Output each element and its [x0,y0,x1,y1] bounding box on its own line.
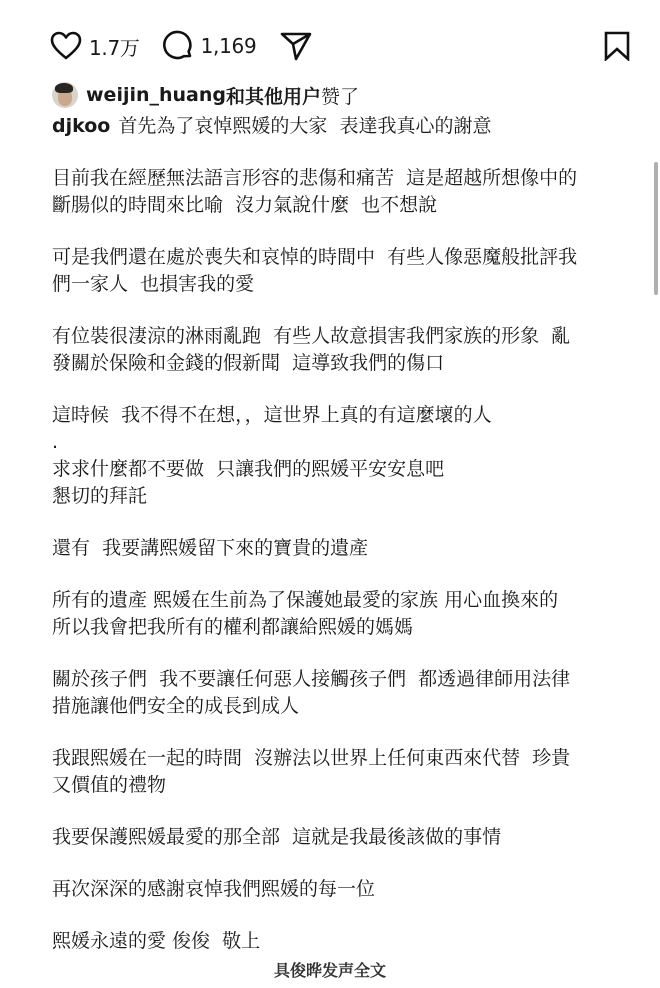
paragraph-gap [52,799,652,824]
paragraph-gap [52,641,652,666]
caption-paragraph: 有位裝很淒涼的淋雨亂跑 有些人故意損害我們家族的形象 亂 發關於保險和金錢的假新… [52,323,652,377]
liked-by-others[interactable]: 和其他用户 [226,82,321,109]
paragraph-gap [52,219,652,244]
caption-first-text: 首先為了哀悼熙媛的大家 表達我真心的謝意 [118,115,491,137]
paragraph-gap [52,140,652,165]
share-icon [280,31,312,61]
comment-icon [162,30,194,62]
heart-icon [50,31,82,61]
caption-paragraph: 熙媛永遠的愛 俊俊 敬上 [52,928,652,955]
paragraph-gap [52,510,652,535]
post-caption: djkoo首先為了哀悼熙媛的大家 表達我真心的謝意 目前我在經歷無法語言形容的悲… [52,113,652,955]
caption-username[interactable]: djkoo [52,115,110,137]
caption-paragraph: 目前我在經歷無法語言形容的悲傷和痛苦 這是超越所想像中的 斷腸似的時間來比喻 沒… [52,165,652,219]
caption-paragraph: 可是我們還在處於喪失和哀悼的時間中 有些人像惡魔般批評我 們一家人 也損害我的愛 [52,244,652,298]
save-button[interactable] [604,31,630,61]
share-button[interactable] [280,31,312,61]
caption-paragraph: 我要保護熙媛最愛的那全部 這就是我最後該做的事情 [52,824,652,851]
comment-count: 1,169 [201,34,257,58]
scrollbar[interactable] [654,162,658,295]
avatar-hair [55,83,73,93]
paragraph-gap [52,298,652,323]
paragraph-gap [52,903,652,928]
paragraph-gap [52,377,652,402]
liked-by-row: weijin_huang 和其他用户 赞了 [52,81,359,109]
post-actions-bar: 1.7万 1,169 [50,26,632,66]
image-caption-footer: 具俊晔发声全文 [0,958,660,981]
like-count: 1.7万 [89,32,140,61]
caption-paragraph: 還有 我要講熙媛留下來的寶貴的遺產 [52,535,652,562]
comment-button[interactable]: 1,169 [162,30,257,62]
like-button[interactable]: 1.7万 [50,31,140,61]
liked-by-suffix: 赞了 [321,82,359,109]
caption-paragraph: 再次深深的感謝哀悼我們熙媛的每一位 [52,876,652,903]
paragraph-gap [52,562,652,587]
avatar[interactable] [52,82,78,108]
caption-paragraph: 所有的遺產 熙媛在生前為了保護她最愛的家族 用心血換來的 所以我會把我所有的權利… [52,587,652,641]
bookmark-icon [604,31,630,61]
paragraph-gap [52,851,652,876]
paragraph-gap [52,720,652,745]
caption-paragraph: 我跟熙媛在一起的時間 沒辦法以世界上任何東西來代替 珍貴 又價值的禮物 [52,745,652,799]
liked-by-username[interactable]: weijin_huang [86,84,226,106]
caption-first-line: djkoo首先為了哀悼熙媛的大家 表達我真心的謝意 [52,113,652,140]
caption-paragraph: 關於孩子們 我不要讓任何惡人接觸孩子們 都透過律師用法律 措施讓他們安全的成長到… [52,666,652,720]
caption-paragraph: 這時候 我不得不在想，，這世界上真的有這麼壞的人 . 求求什麼都不要做 只讓我們… [52,402,652,510]
